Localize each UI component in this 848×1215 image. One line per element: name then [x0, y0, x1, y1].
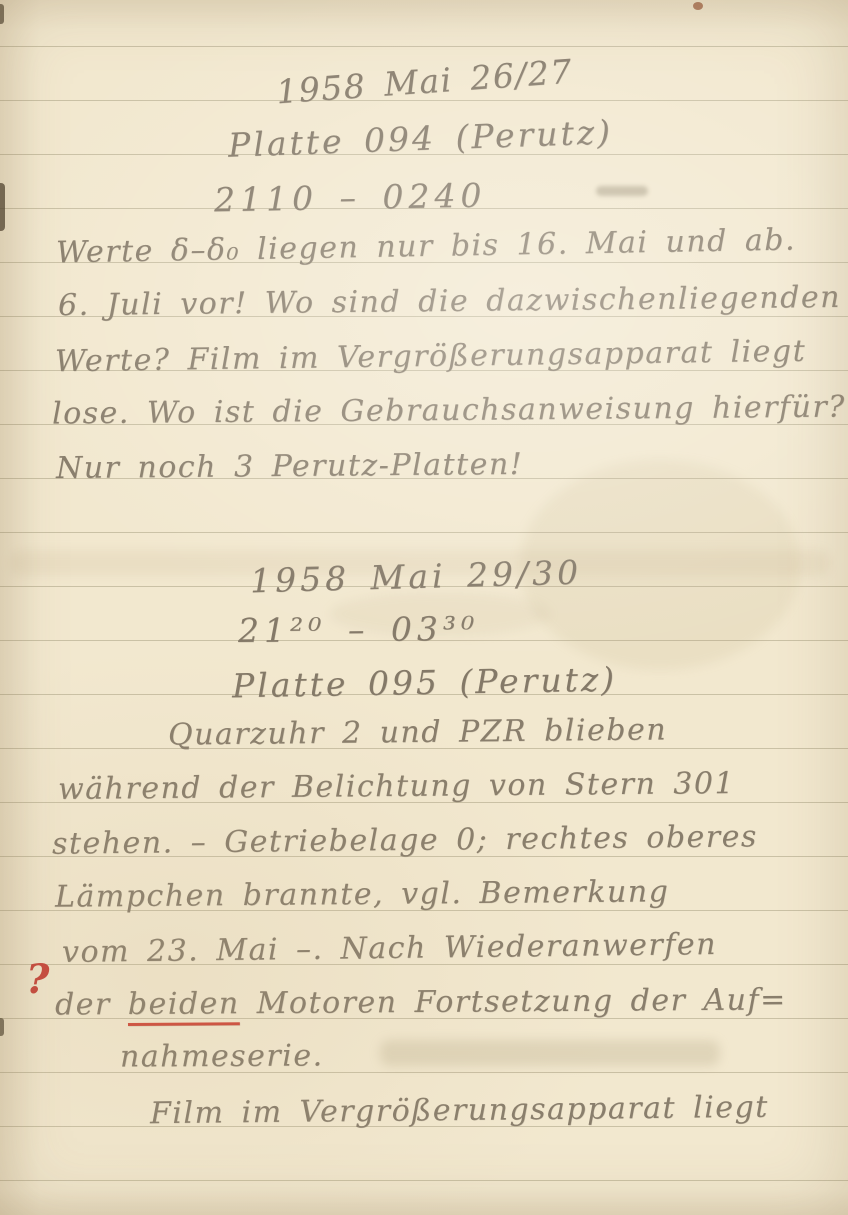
- red-underlined-word: beiden: [128, 986, 240, 1022]
- scan-edge-mark: [0, 1018, 4, 1036]
- entry1-body-line: Nur noch 3 Perutz-Platten!: [56, 447, 524, 486]
- entry2-plate-heading: Platte 095 (Perutz): [232, 660, 618, 706]
- margin-question-mark: ?: [26, 956, 51, 1003]
- entry1-time-range: 2110 – 0240: [214, 176, 487, 220]
- paper-stain-spot: [693, 2, 703, 10]
- line-prefix: der: [55, 987, 128, 1023]
- entry2-body-line: Lämpchen brannte, vgl. Bemerkung: [55, 874, 670, 914]
- entry2-body-line: während der Belichtung von Stern 301: [58, 766, 735, 807]
- entry2-time-range: 21²⁰ – 03³⁰: [238, 609, 480, 650]
- entry1-body-line: lose. Wo ist die Gebrauchsanweisung hier…: [52, 390, 846, 432]
- scan-edge-mark: [0, 183, 5, 231]
- entry2-body-line: stehen. – Getriebelage 0; rechtes oberes: [52, 819, 758, 861]
- entry2-body-line: nahmeserie.: [120, 1038, 324, 1074]
- entry2-body-line: Film im Vergrößerungsapparat liegt: [150, 1090, 769, 1131]
- scan-edge-mark: [0, 4, 4, 24]
- notebook-page: 1958 Mai 26/27 Platte 094 (Perutz) 2110 …: [0, 0, 848, 1215]
- entry2-body-line-underlined: der beiden Motoren Fortsetzung der Auf=: [55, 982, 787, 1022]
- entry2-body-line: Quarzuhr 2 und PZR blieben: [168, 712, 667, 752]
- line-suffix: Motoren Fortsetzung der Auf=: [240, 982, 787, 1021]
